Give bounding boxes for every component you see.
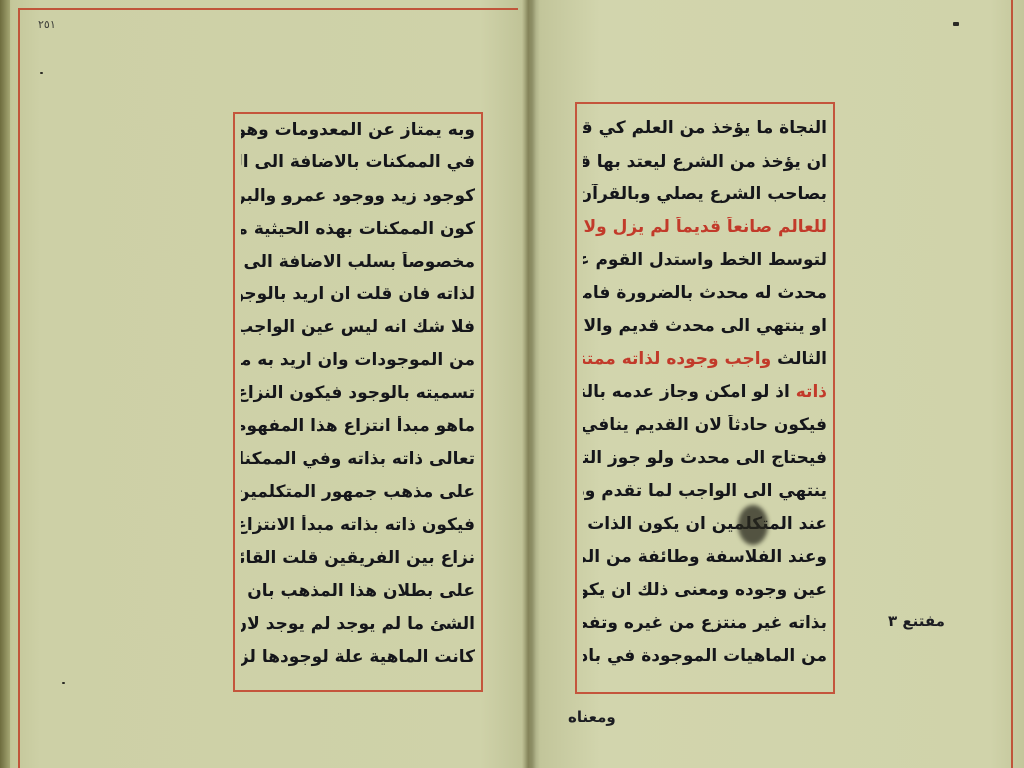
text-line: وبه يمتاز عن المعدومات وهو الوجود المطلق…: [241, 120, 475, 150]
text-line: لتوسط الخط واستدل القوم عليه بانه محدث و…: [583, 250, 827, 280]
page-edge: [0, 0, 10, 768]
text-line: الشئ ما لم يوجد لم يوجد لان الايجاد فرع …: [241, 614, 475, 644]
text-line: عند المتكلمين ان يكون الذات علة تامة لوج…: [583, 514, 827, 544]
text-line: فيكون ذاته بذاته مبدأ الانتزاع ذلك المفه…: [241, 515, 475, 545]
text-line-body: الثالث: [777, 349, 827, 369]
text-line: عين وجوده ومعنى ذلك ان يكون وجوده قائماً: [583, 580, 827, 610]
binding-gutter: [522, 0, 536, 768]
text-line: على مذهب جمهور المتكلمين ايضاً لما كانت …: [241, 482, 475, 512]
left-page-outer-rule: [18, 8, 20, 768]
text-line: مخصوصاً بسلب الاضافة الى غيره وهو الوجود…: [241, 252, 475, 282]
right-page-text-block: النجاة ما يؤخذ من العلم كي قيل ان العقائ…: [575, 102, 835, 694]
text-line: تعالى ذاته بذاته وفي الممكنات اثر الفاعل…: [241, 449, 475, 479]
ink-speck: [40, 72, 43, 74]
rubric-text: ذاته: [796, 382, 827, 402]
folio-number: ٢٥١: [38, 18, 56, 31]
text-line: على بطلان هذا المذهب بان بديهة العقل حاك…: [241, 581, 475, 611]
text-line: وعند الفلاسفة وطائفة من المحققين المتكلم…: [583, 547, 827, 577]
margin-note: مفتنع ٣: [888, 612, 945, 630]
text-line: ذاته اذ لو امكن وجاز عدمه بالنظر الى ذات…: [583, 382, 827, 412]
text-line: من الموجودات وان اريد به معنى آخر اصطلح …: [241, 350, 475, 380]
rubric-text: للعالم صانعاً قديماً لم يزل ولا يزال: [583, 217, 827, 237]
text-line: بذاته غير منتزع من غيره وتفصيل ذلك ان ال…: [583, 613, 827, 643]
rubric-text: واجب وجوده لذاته ممتنع عدمه بالنظر الى: [583, 349, 771, 369]
text-line: فيحتاج الى محدث ولو جوز التأثير في القدي…: [583, 448, 827, 478]
text-line-body: اذ لو امكن وجاز عدمه بالنظر الى ذاته لكا…: [583, 382, 790, 402]
text-line: كون الممكنات بهذه الحيثية مستندة الى الو…: [241, 219, 475, 249]
text-line-body: بصاحب الشرع يصلي وبالقرآن اماما: [583, 184, 827, 204]
left-page-text-block: وبه يمتاز عن المعدومات وهو الوجود المطلق…: [233, 112, 483, 692]
ink-stain: [738, 505, 768, 545]
ink-speck: [953, 22, 959, 26]
text-line: بصاحب الشرع يصلي وبالقرآن اماما ويعلم ان: [583, 184, 827, 214]
text-line: فيكون حادثاً لان القديم ينافي التأثير في…: [583, 415, 827, 445]
right-page-outer-rule: [1011, 0, 1013, 768]
text-line: او ينتهي الى محدث قديم والاولان باطلان ف…: [583, 316, 827, 346]
text-line: من الماهيات الموجودة في بادي النظر امراً…: [583, 646, 827, 676]
text-line: ان يؤخذ من الشرع ليعتد بها قلنا يكفي ان …: [583, 152, 827, 182]
text-line: لذاته فان قلت ان اريد بالوجود المعنى الم…: [241, 284, 475, 314]
ink-speck: [62, 682, 65, 684]
text-line: للعالم صانعاً قديماً لم يزل ولا يزال اعا…: [583, 217, 827, 247]
text-line: في الممكنات بالاضافة الى الماهيات التي ي…: [241, 152, 475, 182]
manuscript-spread: ٢٥١ وبه يمتاز عن المعدومات وهو الوجود ال…: [0, 0, 1024, 768]
text-line: تسميته بالوجود فيكون النزاع لفظياً قلت ا…: [241, 383, 475, 413]
left-page-top-rule: [18, 8, 518, 10]
text-line: محدث له محدث بالضرورة فاما ان يدور او يت…: [583, 283, 827, 313]
text-line: كانت الماهية علة لوجودها لزم تقدم وجودها…: [241, 647, 475, 677]
text-line: النجاة ما يؤخذ من العلم كي قيل ان العقائ…: [583, 118, 827, 148]
text-line: ماهو مبدأ انتزاع هذا المفهوم البديهي وحق…: [241, 416, 475, 446]
text-line: ينتهي الى الواجب لما تقدم ودفع الدور وال…: [583, 481, 827, 511]
text-line: فلا شك انه ليس عين الواجب تعالى بل لا عي…: [241, 317, 475, 347]
catchword: ومعناه: [568, 708, 616, 726]
text-line: نزاع بين الفريقين قلت القائلون بالعينية …: [241, 548, 475, 578]
text-line: الثالث واجب وجوده لذاته ممتنع عدمه بالنظ…: [583, 349, 827, 379]
text-line: كوجود زيد ووجود عمرو والبرهان يدل على ان: [241, 186, 475, 216]
